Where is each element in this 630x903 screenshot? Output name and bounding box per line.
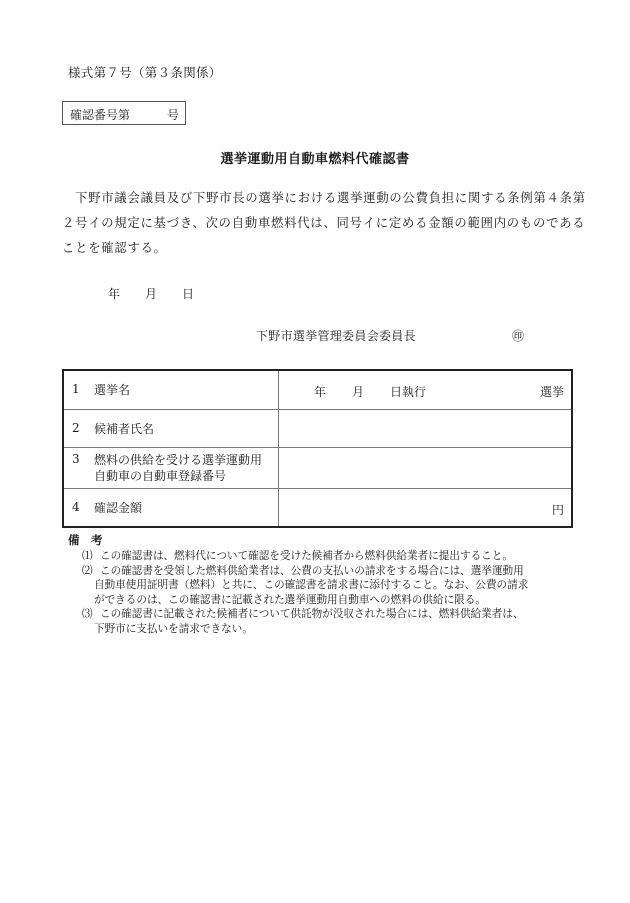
- candidate-name-field[interactable]: [279, 410, 573, 448]
- confirmation-table: 1 選挙名 年月日執行 選挙 2 候補者氏名 3 燃料の供給を受ける選挙運動用: [62, 369, 573, 528]
- note-marker: ⑶: [82, 607, 100, 622]
- row-label: 確認金額: [94, 500, 142, 516]
- note-item: ⑵この確認書を受領した燃料供給業者は、公費の支払いの請求をする場合には、選挙運動…: [82, 564, 528, 608]
- note-marker: ⑴: [82, 549, 100, 564]
- row-label: 選挙名: [94, 382, 130, 398]
- seal-mark: ㊞: [512, 327, 524, 344]
- body-line: ことを確認する。: [62, 236, 574, 261]
- table-row: 3 燃料の供給を受ける選挙運動用 自動車の自動車登録番号: [63, 448, 572, 489]
- notes-list: ⑴この確認書は、燃料代について確認を受けた候補者から燃料供給業者に提出すること。…: [82, 549, 528, 636]
- notes-heading: 備 考: [68, 532, 103, 548]
- election-date: 年月日執行: [314, 383, 426, 400]
- date-month: 月: [145, 285, 182, 302]
- row-label: 燃料の供給を受ける選挙運動用 自動車の自動車登録番号: [94, 452, 262, 484]
- note-line: ができるのは、この確認書に記載された選挙運動用自動車への燃料の供給に限る。: [82, 593, 528, 608]
- row-label-line: 燃料の供給を受ける選挙運動用: [94, 452, 262, 468]
- body-paragraph: 下野市議会議員及び下野市長の選挙における選挙運動の公費負担に関する条例第４条第 …: [62, 186, 574, 261]
- election-month: 月: [352, 383, 390, 400]
- signer-title: 下野市選挙管理委員会委員長: [256, 327, 416, 344]
- row-label-cell: 3 燃料の供給を受ける選挙運動用 自動車の自動車登録番号: [63, 448, 279, 489]
- form-number-label: 様式第７号（第３条関係）: [68, 63, 222, 81]
- table-row: 4 確認金額 円: [63, 489, 572, 528]
- election-day-exec: 日執行: [390, 383, 426, 400]
- note-line: 自動車使用証明書（燃料）と共に、この確認書を請求書に添付すること。なお、公費の請…: [82, 578, 528, 593]
- document-title: 選挙運動用自動車燃料代確認書: [0, 148, 630, 167]
- confirmation-number-prefix: 確認番号第: [70, 106, 130, 123]
- note-marker: ⑵: [82, 564, 100, 579]
- row-label-cell: 2 候補者氏名: [63, 410, 279, 448]
- row-number: 3: [72, 452, 94, 466]
- issue-date: 年月日: [108, 285, 194, 302]
- confirmed-amount-field[interactable]: 円: [279, 489, 573, 528]
- date-year: 年: [108, 285, 145, 302]
- vehicle-registration-field[interactable]: [279, 448, 573, 489]
- row-label-cell: 4 確認金額: [63, 489, 279, 528]
- date-day: 日: [182, 285, 194, 302]
- note-line: この確認書に記載された候補者について供託物が没収された場合には、燃料供給業者は、: [100, 608, 524, 620]
- amount-unit: 円: [552, 501, 564, 518]
- confirmation-number-suffix: 号: [167, 106, 179, 123]
- note-item: ⑶この確認書に記載された候補者について供託物が没収された場合には、燃料供給業者は…: [82, 607, 528, 636]
- note-line: この確認書を受領した燃料供給業者は、公費の支払いの請求をする場合には、選挙運動用: [100, 565, 524, 577]
- body-line: ２号イの規定に基づき、次の自動車燃料代は、同号イに定める金額の範囲内のものである: [62, 211, 574, 236]
- row-number: 4: [72, 500, 94, 514]
- election-year: 年: [314, 383, 352, 400]
- row-label-cell: 1 選挙名: [63, 370, 279, 410]
- election-unit: 選挙: [540, 383, 564, 400]
- election-name-field[interactable]: 年月日執行 選挙: [279, 370, 573, 410]
- row-label: 候補者氏名: [94, 421, 154, 437]
- row-number: 1: [72, 382, 94, 396]
- row-number: 2: [72, 421, 94, 435]
- row-label-line: 自動車の自動車登録番号: [94, 468, 262, 484]
- table-row: 2 候補者氏名: [63, 410, 572, 448]
- note-line: この確認書は、燃料代について確認を受けた候補者から燃料供給業者に提出すること。: [100, 550, 513, 562]
- confirmation-number-box: 確認番号第 号: [62, 101, 186, 125]
- body-line: 下野市議会議員及び下野市長の選挙における選挙運動の公費負担に関する条例第４条第: [62, 186, 574, 211]
- note-item: ⑴この確認書は、燃料代について確認を受けた候補者から燃料供給業者に提出すること。: [82, 549, 528, 564]
- table-row: 1 選挙名 年月日執行 選挙: [63, 370, 572, 410]
- note-line: 下野市に支払いを請求できない。: [82, 622, 528, 637]
